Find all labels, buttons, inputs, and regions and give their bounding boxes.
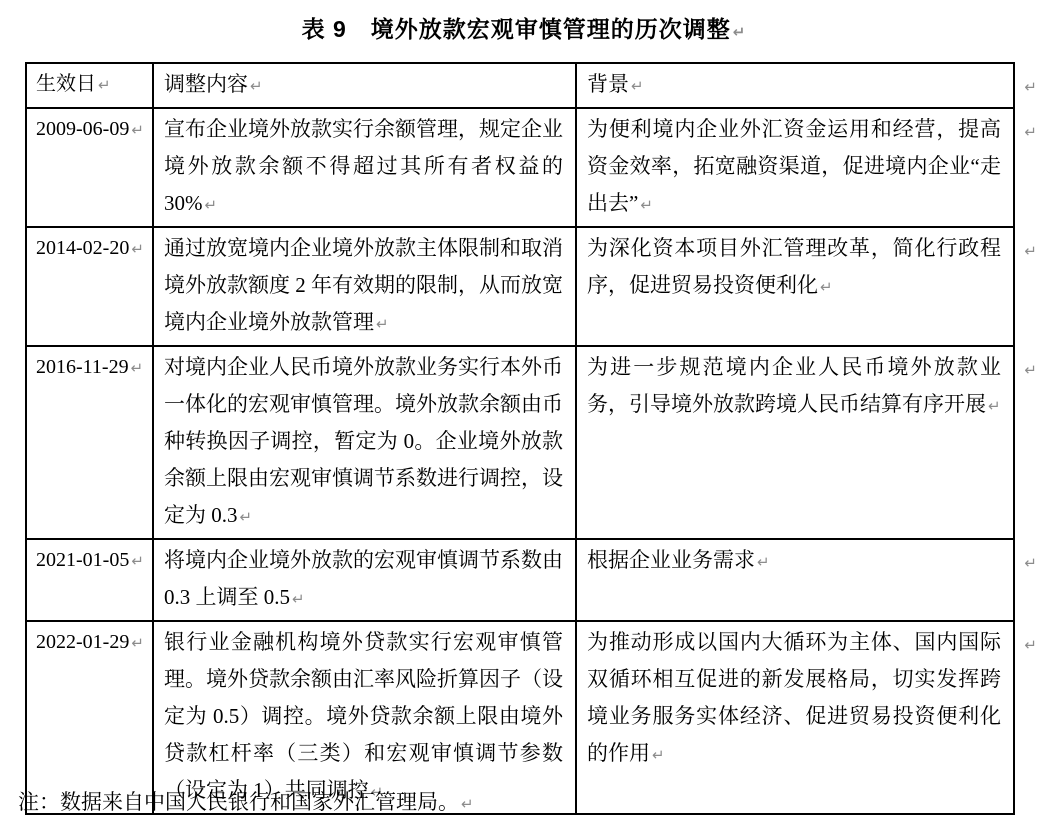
- return-mark-icon: ↵: [818, 278, 833, 296]
- return-mark-icon: ↵: [650, 746, 665, 764]
- return-mark-icon: ↵: [129, 121, 144, 139]
- return-mark-icon: ↵: [638, 196, 653, 214]
- background-cell: 为推动形成以国内大循环为主体、国内国际双循环相互促进的新发展格局，切实发挥跨境业…: [576, 621, 1014, 814]
- date-cell: 2022-01-29↵: [26, 621, 153, 814]
- row-end-return-mark-icon: ↵: [1024, 114, 1037, 151]
- table-row: 2009-06-09↵ 宣布企业境外放款实行余额管理，规定企业境外放款余额不得超…: [26, 108, 1014, 227]
- return-mark-icon: ↵: [129, 240, 144, 258]
- table-row: 2022-01-29↵ 银行业金融机构境外贷款实行宏观审慎管理。境外贷款余额由汇…: [26, 621, 1014, 814]
- background-cell: 为便利境内企业外汇资金运用和经营，提高资金效率，拓宽融资渠道，促进境内企业“走出…: [576, 108, 1014, 227]
- return-mark-icon: ↵: [129, 552, 144, 570]
- content-cell: 宣布企业境外放款实行余额管理，规定企业境外放款余额不得超过其所有者权益的30%↵: [153, 108, 576, 227]
- return-mark-icon: ↵: [129, 359, 144, 377]
- content-cell: 通过放宽境内企业境外放款主体限制和取消境外放款额度 2 年有效期的限制，从而放宽…: [153, 227, 576, 346]
- table-title-text: 表 9 境外放款宏观审慎管理的历次调整: [302, 16, 731, 42]
- row-end-return-mark-icon: ↵: [1024, 627, 1037, 664]
- background-cell: 为进一步规范境内企业人民币境外放款业务，引导境外放款跨境人民币结算有序开展↵↵: [576, 346, 1014, 539]
- table-header-row: 生效日↵ 调整内容↵ 背景↵↵: [26, 63, 1014, 108]
- table-row: 2021-01-05↵ 将境内企业境外放款的宏观审慎调节系数由 0.3 上调至 …: [26, 539, 1014, 621]
- background-cell: 为深化资本项目外汇管理改革，简化行政程序，促进贸易投资便利化↵↵: [576, 227, 1014, 346]
- return-mark-icon: ↵: [374, 315, 389, 333]
- return-mark-icon: ↵: [755, 553, 770, 571]
- return-mark-icon: ↵: [731, 23, 746, 41]
- return-mark-icon: ↵: [96, 76, 111, 94]
- column-header-effective-date: 生效日↵: [26, 63, 153, 108]
- row-end-return-mark-icon: ↵: [1024, 69, 1037, 106]
- content-cell: 银行业金融机构境外贷款实行宏观审慎管理。境外贷款余额由汇率风险折算因子（设定为 …: [153, 621, 576, 814]
- date-cell: 2016-11-29↵: [26, 346, 153, 539]
- background-cell: 根据企业业务需求↵↵: [576, 539, 1014, 621]
- date-cell: 2009-06-09↵: [26, 108, 153, 227]
- note-text: 注：数据来自中国人民银行和国家外汇管理局。: [18, 790, 459, 814]
- date-cell: 2021-01-05↵: [26, 539, 153, 621]
- return-mark-icon: ↵: [203, 196, 218, 214]
- return-mark-icon: ↵: [248, 77, 263, 95]
- content-cell: 对境内企业人民币境外放款业务实行本外币一体化的宏观审慎管理。境外放款余额由币种转…: [153, 346, 576, 539]
- adjustments-table: 生效日↵ 调整内容↵ 背景↵↵ 2009-06-09↵ 宣布企业境外放款实行余额…: [25, 62, 1015, 815]
- column-header-adjustment-content: 调整内容↵: [153, 63, 576, 108]
- return-mark-icon: ↵: [629, 77, 644, 95]
- table-title: 表 9 境外放款宏观审慎管理的历次调整↵: [0, 14, 1047, 47]
- row-end-return-mark-icon: ↵: [1024, 352, 1037, 389]
- return-mark-icon: ↵: [986, 397, 1001, 415]
- return-mark-icon: ↵: [290, 590, 305, 608]
- content-cell: 将境内企业境外放款的宏观审慎调节系数由 0.3 上调至 0.5↵: [153, 539, 576, 621]
- date-cell: 2014-02-20↵: [26, 227, 153, 346]
- return-mark-icon: ↵: [459, 795, 474, 813]
- table-note: 注：数据来自中国人民银行和国家外汇管理局。↵: [18, 788, 474, 818]
- row-end-return-mark-icon: ↵: [1024, 545, 1037, 582]
- column-header-background: 背景↵↵: [576, 63, 1014, 108]
- table-row: 2014-02-20↵ 通过放宽境内企业境外放款主体限制和取消境外放款额度 2 …: [26, 227, 1014, 346]
- table-row: 2016-11-29↵ 对境内企业人民币境外放款业务实行本外币一体化的宏观审慎管…: [26, 346, 1014, 539]
- document-page: 表 9 境外放款宏观审慎管理的历次调整↵ 生效日↵ 调整内容↵ 背景↵↵ 200…: [0, 0, 1047, 822]
- row-end-return-mark-icon: ↵: [1024, 233, 1037, 270]
- return-mark-icon: ↵: [238, 508, 253, 526]
- return-mark-icon: ↵: [129, 634, 144, 652]
